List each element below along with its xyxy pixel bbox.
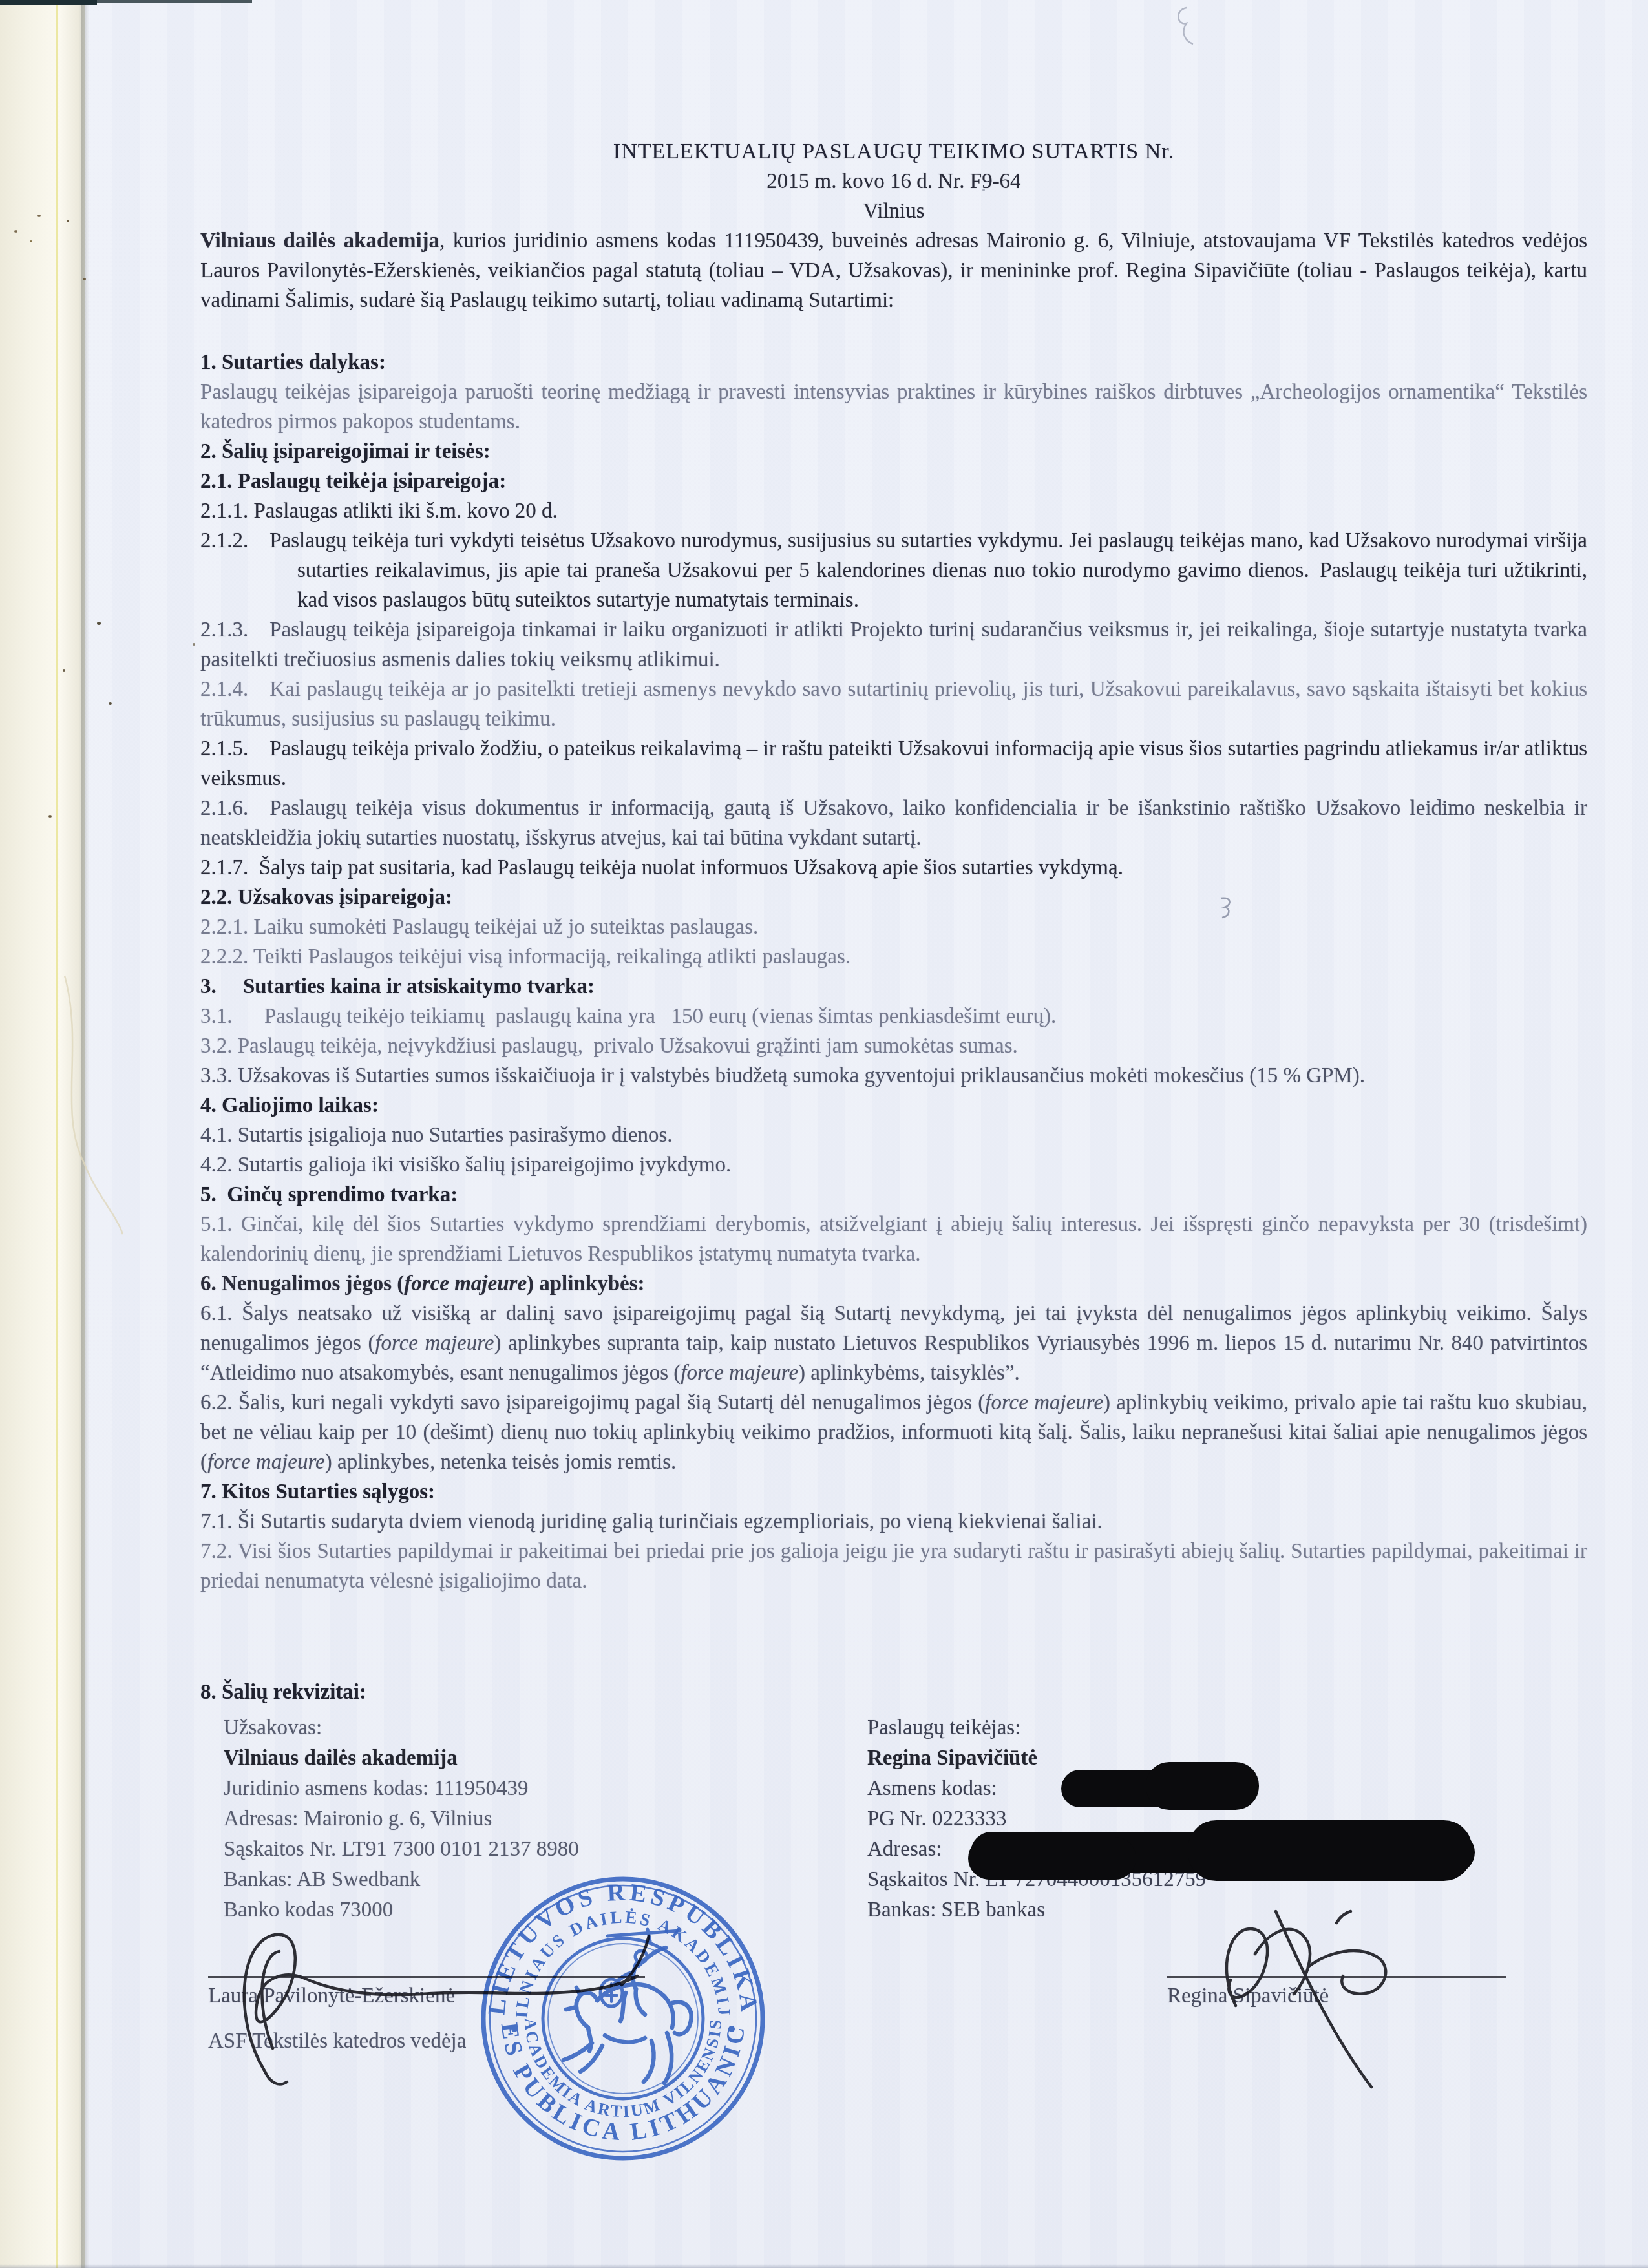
scanned-contract-page: INTELEKTUALIŲ PASLAUGŲ TEIKIMO SUTARTIS …	[0, 0, 1648, 2268]
section-1-text: Paslaugų teikėjas įsipareigoja paruošti …	[200, 377, 1587, 437]
redaction-bar-personal-code	[1061, 1770, 1255, 1807]
contract-text: INTELEKTUALIŲ PASLAUGŲ TEIKIMO SUTARTIS …	[200, 137, 1587, 1596]
clause-7-2: 7.2. Visi šios Sutarties papildymai ir p…	[200, 1537, 1587, 1596]
clause-6-1: 6.1. Šalys neatsako už visišką ar dalinį…	[200, 1299, 1587, 1388]
redaction-bar-address	[971, 1832, 1475, 1873]
page-edge-line	[56, 0, 58, 2268]
scan-top-edge-artifact-dark	[0, 0, 97, 5]
dust-speck	[67, 220, 69, 222]
section-2-2-heading: 2.2. Užsakovas įsipareigoja:	[200, 883, 1587, 912]
clause-7-1: 7.1. Ši Sutartis sudaryta dviem vienodą …	[200, 1507, 1587, 1537]
dust-speck	[14, 230, 17, 233]
clause-2-1-1: 2.1.1. Paslaugas atlikti iki š.m. kovo 2…	[200, 496, 1587, 526]
intro-paragraph: Vilniaus dailės akademija, kurios juridi…	[200, 226, 1587, 315]
clause-2-1-6: 2.1.6. Paslaugų teikėja visus dokumentus…	[200, 793, 1587, 853]
provider-signature-block: Regina Sipavičiūtė	[1167, 1931, 1516, 2030]
dust-speck	[48, 815, 52, 818]
provider-requisites: Paslaugų teikėjas: Regina Sipavičiūtė As…	[867, 1713, 1587, 1926]
dust-speck	[30, 240, 32, 242]
requisites-section: 8. Šalių rekvizitai: Užsakovas: Vilniaus…	[200, 1677, 1587, 1926]
doc-date-line: 2015 m. kovo 16 d. Nr. F9-64	[200, 167, 1587, 196]
stamp-separator-dot	[728, 2026, 735, 2032]
clause-5-1: 5.1. Ginčai, kilę dėl šios Sutarties vyk…	[200, 1210, 1587, 1269]
clause-2-2-2: 2.2.2. Teikti Paslaugos teikėjui visą in…	[200, 942, 1587, 972]
stamp-vytis-knight-emblem	[564, 1929, 692, 2083]
signature-line-right	[1167, 1976, 1506, 1978]
section-3-heading: 3. Sutarties kaina ir atsiskaitymo tvark…	[200, 972, 1587, 1002]
clause-2-1-7: 2.1.7. Šalys taip pat susitaria, kad Pas…	[200, 853, 1587, 883]
provider-address-label: Adresas:	[867, 1838, 942, 1861]
clause-3-1: 3.1. Paslaugų teikėjo teikiamų paslaugų …	[200, 1002, 1587, 1031]
section-2-heading: 2. Šalių įsipareigojimai ir teisės:	[200, 437, 1587, 467]
paper-edge-shadow	[81, 0, 89, 2268]
section-7-heading: 7. Kitos Sutarties sąlygos:	[200, 1477, 1587, 1507]
stamp-separator-dot	[511, 2026, 518, 2032]
clause-3-3: 3.3. Užsakovas iš Sutarties sumos išskai…	[200, 1061, 1587, 1091]
clause-2-1-4: 2.1.4. Kai paslaugų teikėja ar jo pasite…	[200, 675, 1587, 734]
clause-2-1-5: 2.1.5. Paslaugų teikėja privalo žodžiu, …	[200, 734, 1587, 793]
clause-2-2-1: 2.2.1. Laiku sumokėti Paslaugų teikėjai …	[200, 912, 1587, 942]
clause-4-2: 4.2. Sutartis galioja iki visiško šalių …	[200, 1150, 1587, 1180]
section-8-heading: 8. Šalių rekvizitai:	[200, 1677, 1587, 1708]
official-round-stamp: LIETUVOS RESPUBLIKA VILNIAUS DAILĖS AKAD…	[478, 1874, 768, 2163]
provider-role-label: Paslaugų teikėjas:	[867, 1713, 1587, 1743]
section-4-heading: 4. Galiojimo laikas:	[200, 1091, 1587, 1120]
clause-2-1-3: 2.1.3. Paslaugų teikėja įsipareigoja tin…	[200, 615, 1587, 675]
provider-bank-line: Bankas: SEB bankas	[867, 1895, 1587, 1926]
dust-speck	[63, 669, 65, 672]
section-1-heading: 1. Sutarties dalykas:	[200, 348, 1587, 377]
dust-speck	[97, 622, 101, 625]
section-6-heading: 6. Nenugalimos jėgos (force majeure) apl…	[200, 1269, 1587, 1299]
provider-personal-code-label: Asmens kodas:	[867, 1777, 997, 1800]
provider-address-row: Adresas:	[867, 1834, 1587, 1865]
clause-3-2: 3.2. Paslaugų teikėja, neįvykdžiusi pasl…	[200, 1031, 1587, 1061]
provider-signatory-name: Regina Sipavičiūtė	[1167, 1984, 1516, 2008]
clause-4-1: 4.1. Sutartis įsigalioja nuo Sutarties p…	[200, 1120, 1587, 1150]
doc-city: Vilnius	[200, 196, 1587, 226]
dust-speck	[109, 702, 112, 705]
clause-2-1-2: 2.1.2. Paslaugų teikėja turi vykdyti tei…	[200, 526, 1587, 615]
section-5-heading: 5. Ginčų sprendimo tvarka:	[200, 1180, 1587, 1210]
dust-speck	[83, 278, 86, 280]
provider-personal-code-row: Asmens kodas:	[867, 1774, 1587, 1804]
section-2-1-heading: 2.1. Paslaugų teikėja įsipareigoja:	[200, 467, 1587, 496]
signature-area: Laura Pavilonytė-Ežerskienė ASF Tekstilė…	[200, 1931, 1587, 2267]
clause-6-2: 6.2. Šalis, kuri negali vykdyti savo įsi…	[200, 1388, 1587, 1477]
doc-title: INTELEKTUALIŲ PASLAUGŲ TEIKIMO SUTARTIS …	[200, 137, 1587, 167]
scanner-edge-strip	[0, 0, 85, 2268]
dust-speck	[37, 215, 41, 217]
dust-speck	[193, 643, 195, 646]
